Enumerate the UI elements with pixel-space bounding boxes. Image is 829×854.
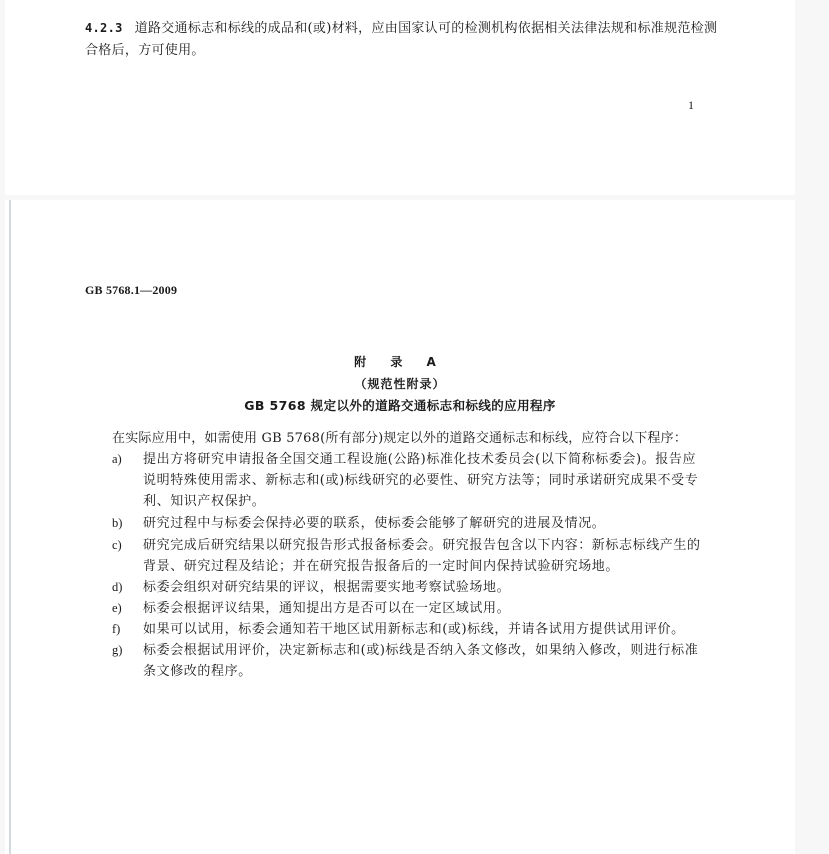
list-item-c: c) 研究完成后研究结果以研究报告形式报备标委会。研究报告包含以下内容：新标志标… xyxy=(112,535,702,577)
clause-number: 4.2.3 xyxy=(85,21,123,35)
list-item-b: b) 研究过程中与标委会保持必要的联系，使标委会能够了解研究的进展及情况。 xyxy=(112,513,702,534)
list-item-d: d) 标委会组织对研究结果的评议，根据需要实地考察试验场地。 xyxy=(112,577,702,598)
page-edge-rule xyxy=(9,200,11,854)
list-item-e: e) 标委会根据评议结果，通知提出方是否可以在一定区域试用。 xyxy=(112,598,702,619)
list-item-text: 提出方将研究申请报备全国交通工程设施(公路)标准化技术委员会(以下简称标委会)。… xyxy=(143,449,702,512)
annex-heading: 附 录 A xyxy=(5,353,795,370)
document-page-1: 4.2.3道路交通标志和标线的成品和(或)材料，应由国家认可的检测机构依据相关法… xyxy=(5,0,795,195)
annex-body: 在实际应用中，如需使用 GB 5768(所有部分)规定以外的道路交通标志和标线，… xyxy=(112,428,702,682)
list-item-text: 研究过程中与标委会保持必要的联系，使标委会能够了解研究的进展及情况。 xyxy=(143,513,702,534)
list-item-a: a) 提出方将研究申请报备全国交通工程设施(公路)标准化技术委员会(以下简称标委… xyxy=(112,449,702,512)
clause-4-2-3: 4.2.3道路交通标志和标线的成品和(或)材料，应由国家认可的检测机构依据相关法… xyxy=(85,17,725,62)
list-item-f: f) 如果可以试用，标委会通知若干地区试用新标志和(或)标线，并请各试用方提供试… xyxy=(112,619,702,640)
annex-subtitle: （规范性附录） xyxy=(5,375,795,392)
intro-paragraph: 在实际应用中，如需使用 GB 5768(所有部分)规定以外的道路交通标志和标线，… xyxy=(112,428,702,449)
list-item-text: 研究完成后研究结果以研究报告形式报备标委会。研究报告包含以下内容：新标志标线产生… xyxy=(143,535,702,577)
list-item-text: 标委会根据试用评价，决定新标志和(或)标线是否纳入条文修改，如果纳入修改，则进行… xyxy=(143,640,702,682)
list-item-g: g) 标委会根据试用评价，决定新标志和(或)标线是否纳入条文修改，如果纳入修改，… xyxy=(112,640,702,682)
list-item-label: c) xyxy=(112,535,143,577)
clause-text: 道路交通标志和标线的成品和(或)材料，应由国家认可的检测机构依据相关法律法规和标… xyxy=(85,21,717,58)
list-item-label: f) xyxy=(112,619,143,640)
list-item-label: a) xyxy=(112,449,143,512)
list-item-label: d) xyxy=(112,577,143,598)
page-number: 1 xyxy=(688,98,694,113)
annex-title: GB 5768 规定以外的道路交通标志和标线的应用程序 xyxy=(5,396,795,414)
list-item-text: 标委会根据评议结果，通知提出方是否可以在一定区域试用。 xyxy=(143,598,702,619)
list-item-label: e) xyxy=(112,598,143,619)
list-item-label: g) xyxy=(112,640,143,682)
standard-header: GB 5768.1—2009 xyxy=(85,283,177,298)
document-page-2: GB 5768.1—2009 附 录 A （规范性附录） GB 5768 规定以… xyxy=(5,200,795,854)
list-item-text: 如果可以试用，标委会通知若干地区试用新标志和(或)标线，并请各试用方提供试用评价… xyxy=(143,619,702,640)
list-item-text: 标委会组织对研究结果的评议，根据需要实地考察试验场地。 xyxy=(143,577,702,598)
list-item-label: b) xyxy=(112,513,143,534)
